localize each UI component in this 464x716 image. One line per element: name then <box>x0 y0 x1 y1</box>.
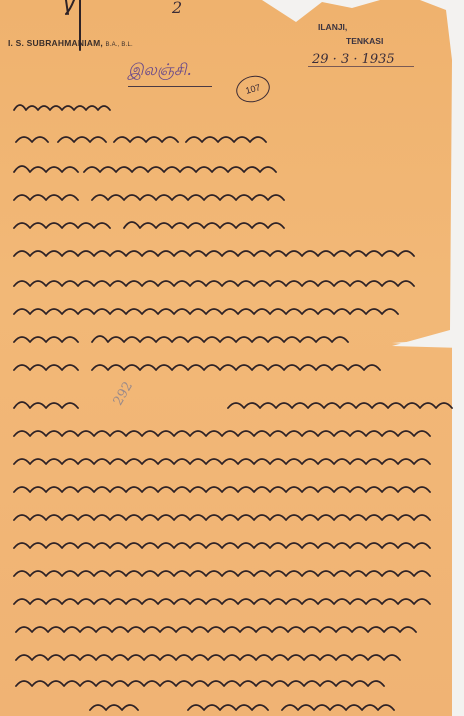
margin-pencil-mark: 292 <box>111 379 136 408</box>
handwritten-body: 292 <box>0 0 464 716</box>
